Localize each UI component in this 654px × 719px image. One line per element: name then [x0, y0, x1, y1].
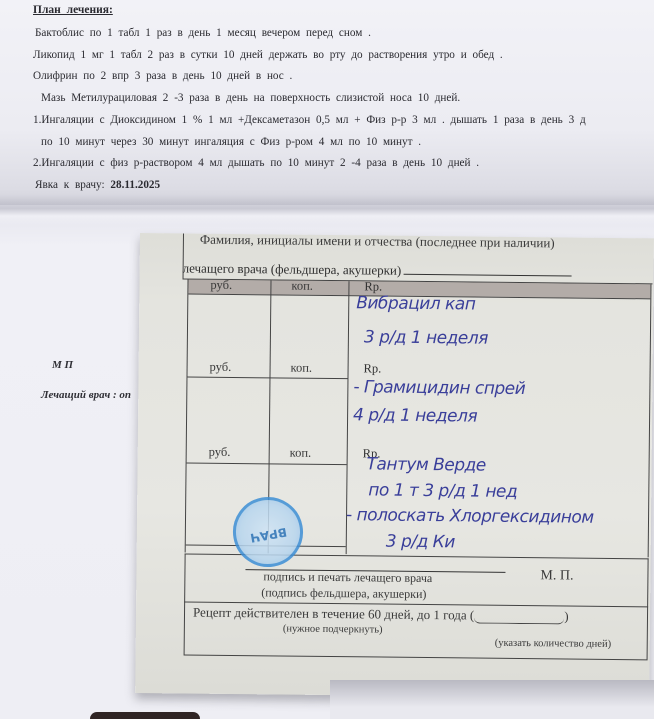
validity-box: Рецепт действителен в течение 60 дней, д…	[184, 601, 649, 660]
mp-label: М П	[52, 359, 73, 371]
doctor-caption: лечащего врача (фельдшера, акушерки)	[183, 260, 402, 277]
prescription-3-line-4: 3 р/д Ки	[386, 532, 455, 553]
days-hint: (указать количество дней)	[495, 638, 611, 650]
days-field	[474, 610, 564, 625]
underline-hint: (нужное подчеркнуть)	[283, 624, 383, 636]
paper-fold	[0, 195, 654, 225]
appointment: Явка к врачу: 28.11.2025	[35, 179, 160, 191]
prescription-1-line-1: Вибрацил кап	[356, 293, 475, 314]
kop-label: коп.	[291, 279, 313, 294]
form-header-name: Фамилия, инициалы имени и отчества (посл…	[200, 232, 555, 252]
appointment-date: 28.11.2025	[110, 179, 160, 191]
plan-line: по 10 минут через 30 минут ингаляция с Ф…	[41, 136, 421, 148]
plan-line: Ликопид 1 мг 1 табл 2 раз в сутки 10 дне…	[33, 49, 503, 61]
plan-line: 1.Ингаляции с Диоксидином 1 % 1 мл +Декс…	[33, 114, 586, 126]
rub-label: руб.	[209, 445, 231, 460]
rub-label: руб.	[210, 278, 232, 293]
kop-label: коп.	[291, 361, 313, 376]
doctor-name-field	[403, 262, 571, 277]
prescription-form: Фамилия, инициалы имени и отчества (посл…	[135, 233, 654, 698]
plan-line: Мазь Метилурациловая 2 -3 раза в день на…	[41, 92, 460, 104]
kop-label: коп.	[290, 446, 312, 461]
plan-line: Олифрин по 2 впр 3 раза в день 10 дней в…	[33, 70, 292, 82]
stamp-text: ВРАЧ	[236, 523, 301, 548]
rp-label: Rp.	[364, 279, 382, 294]
form-shadow	[330, 680, 654, 719]
appointment-label: Явка к врачу:	[35, 179, 105, 191]
prescription-3-line-1: Тантум Верде	[366, 454, 485, 475]
background-object	[90, 712, 200, 719]
validity-caption: Рецепт действителен в течение 60 дней, д…	[193, 605, 474, 623]
signature-caption-alt: (подпись фельдшера, акушерки)	[261, 585, 426, 602]
prescription-1-line-2: 3 р/д 1 неделя	[364, 327, 488, 348]
plan-title: План лечения:	[33, 4, 113, 16]
form-header-doctor: лечащего врача (фельдшера, акушерки)	[183, 259, 572, 280]
plan-line: 2.Ингаляции с физ р-раствором 4 мл дышат…	[33, 157, 479, 169]
prescription-2-line-1: - Грамицидин спрей	[353, 377, 525, 399]
prescription-3-line-3: - полоскать Хлоргексидином	[346, 505, 594, 528]
signature-caption: подпись и печать лечащего врача	[263, 569, 432, 586]
divider	[187, 377, 347, 380]
plan-line: Бактоблис по 1 табл 1 раз в день 1 месяц…	[35, 27, 371, 39]
seal-place-label: М. П.	[540, 568, 573, 584]
prescription-3-line-2: по 1 т 3 р/д 1 нед	[368, 480, 517, 502]
rp-label: Rp.	[364, 361, 382, 376]
prescription-2-line-2: 4 р/д 1 неделя	[353, 405, 477, 426]
validity-close: )	[564, 608, 569, 623]
attending-doctor-label: Лечащий врач : оп	[41, 389, 131, 401]
divider	[187, 463, 347, 466]
validity-text: Рецепт действителен в течение 60 дней, д…	[193, 605, 569, 625]
rub-label: руб.	[210, 360, 232, 375]
